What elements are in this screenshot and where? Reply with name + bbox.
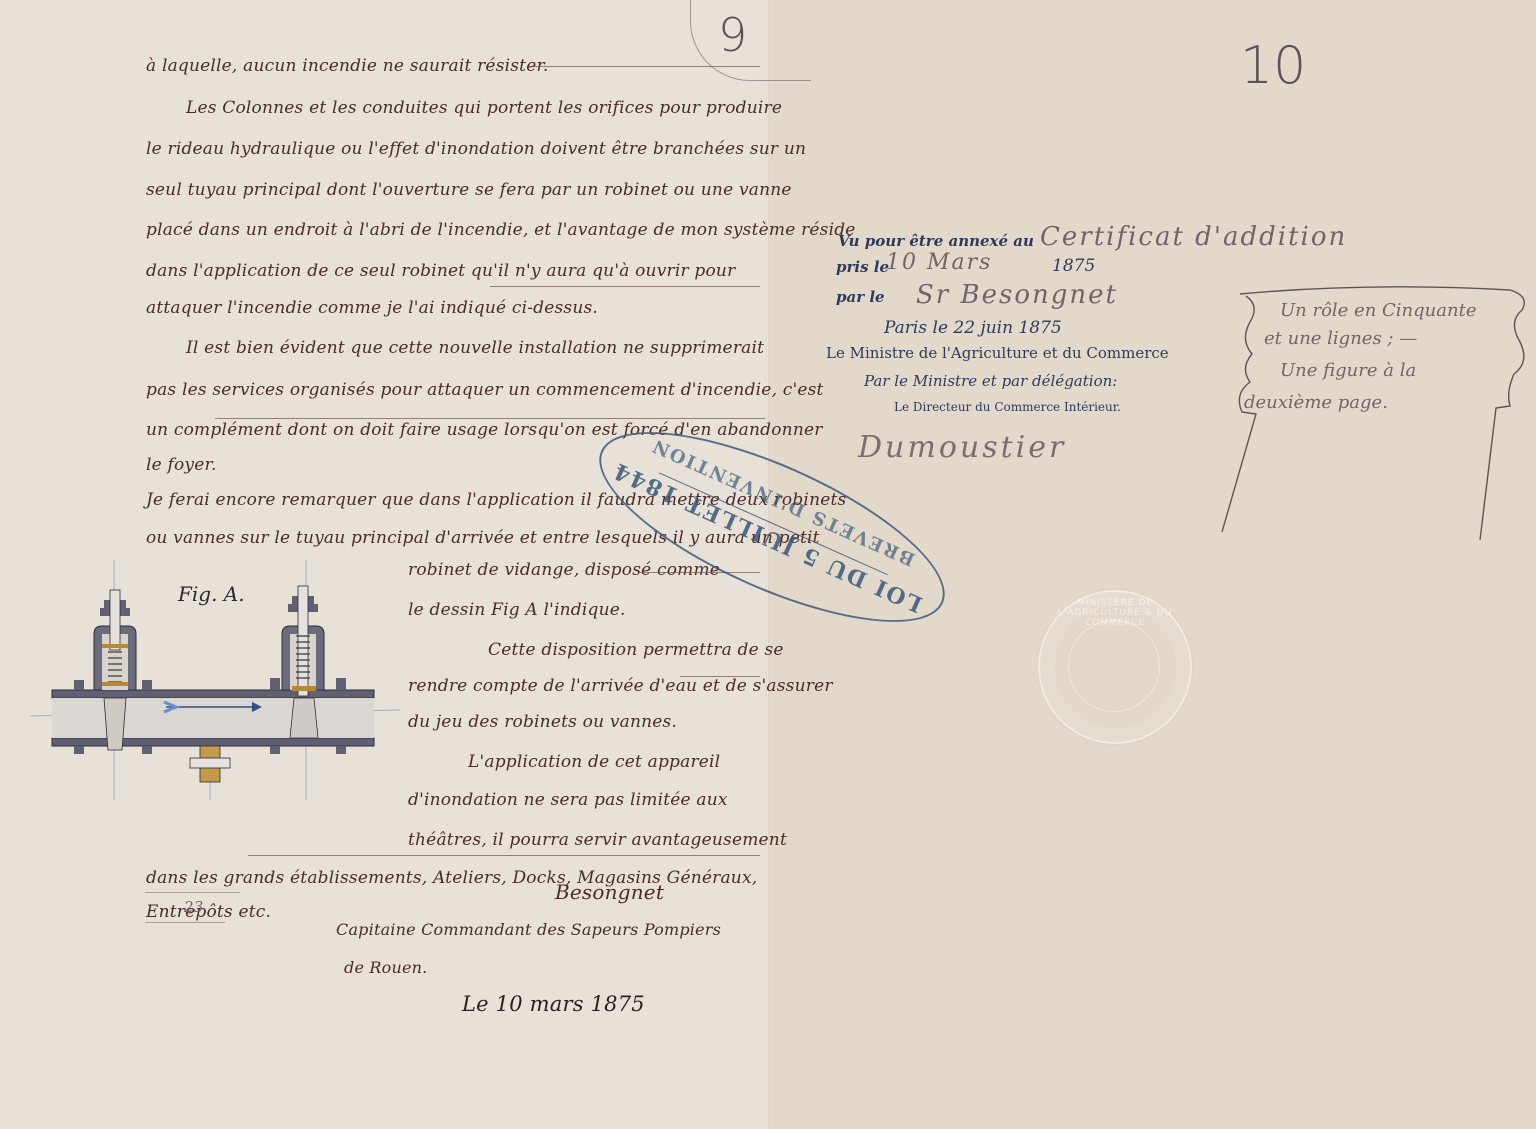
- figure-a: Fig. A.: [30, 560, 400, 800]
- seal-text: MINISTÈRE DE L'AGRICULTURE & DU COMMERCE: [1040, 598, 1190, 628]
- signature-title-2: de Rouen.: [344, 958, 427, 977]
- text-line: rendre compte de l'arrivée d'eau et de s…: [408, 676, 833, 696]
- margin-rule: [145, 892, 240, 893]
- text-line: Entrepôts etc.: [146, 902, 271, 922]
- cert-printed-1: Vu pour être annexé au: [838, 232, 1034, 250]
- cert-year: 1875: [1052, 256, 1095, 276]
- line-rule: [215, 418, 765, 419]
- page-number-left: 9: [718, 8, 747, 62]
- line-rule: [680, 676, 760, 677]
- cert-date-hand: 10 Mars: [886, 250, 992, 275]
- page-number-right: 10: [1240, 36, 1306, 96]
- text-line: robinet de vidange, disposé comme: [408, 560, 720, 580]
- valve-diagram-icon: [30, 560, 400, 800]
- text-line: placé dans un endroit à l'abri de l'ince…: [146, 220, 856, 240]
- cert-ministry: Le Ministre de l'Agriculture et du Comme…: [826, 344, 1169, 362]
- text-line: pas les services organisés pour attaquer…: [146, 380, 824, 400]
- line-rule: [530, 66, 760, 67]
- note-line: Une figure à la: [1280, 360, 1416, 381]
- text-line: d'inondation ne sera pas limitée aux: [408, 790, 728, 810]
- seal-inner-ring: [1068, 620, 1160, 712]
- cert-name-hand: Sr Besongnet: [916, 280, 1118, 310]
- embossed-seal: MINISTÈRE DE L'AGRICULTURE & DU COMMERCE: [1038, 590, 1192, 744]
- cert-place-date: Paris le 22 juin 1875: [884, 318, 1062, 338]
- text-line: le dessin Fig A l'indique.: [408, 600, 626, 620]
- text-line: à laquelle, aucun incendie ne saurait ré…: [146, 56, 549, 76]
- margin-note: 23: [184, 898, 204, 916]
- text-line: le foyer.: [146, 455, 217, 475]
- signature-title: Capitaine Commandant des Sapeurs Pompier…: [336, 920, 721, 939]
- note-line: deuxième page.: [1244, 392, 1388, 413]
- text-line: L'application de cet appareil: [468, 752, 720, 772]
- director-signature: Dumoustier: [858, 430, 1066, 465]
- margin-rule: [145, 922, 225, 923]
- text-line: seul tuyau principal dont l'ouverture se…: [146, 180, 792, 200]
- note-line: et une lignes ; —: [1264, 328, 1417, 349]
- text-line: dans l'application de ce seul robinet qu…: [146, 261, 735, 281]
- text-line: Cette disposition permettra de se: [488, 640, 784, 660]
- line-rule: [490, 286, 760, 287]
- cert-director: Le Directeur du Commerce Intérieur.: [894, 400, 1121, 414]
- cert-handwritten-1: Certificat d'addition: [1040, 222, 1347, 252]
- cert-printed-2: pris le: [836, 258, 889, 276]
- text-line: théâtres, il pourra servir avantageuseme…: [408, 830, 787, 850]
- cert-delegation: Par le Ministre et par délégation:: [864, 372, 1117, 390]
- line-rule: [248, 855, 760, 856]
- text-line: du jeu des robinets ou vannes.: [408, 712, 677, 732]
- signature-name: Besongnet: [555, 880, 664, 904]
- text-line: un complément dont on doit faire usage l…: [146, 420, 823, 440]
- text-line: le rideau hydraulique ou l'effet d'inond…: [146, 139, 806, 159]
- note-line: Un rôle en Cinquante: [1280, 300, 1476, 321]
- document-spread: 9 à laquelle, aucun incendie ne saurait …: [0, 0, 1536, 1129]
- text-line: Les Colonnes et les conduites qui porten…: [186, 98, 782, 118]
- cert-printed-3: par le: [836, 288, 885, 306]
- signature-date: Le 10 mars 1875: [462, 992, 645, 1016]
- text-line: dans les grands établissements, Ateliers…: [146, 868, 757, 888]
- text-line: attaquer l'incendie comme je l'ai indiqu…: [146, 298, 598, 318]
- text-line: Il est bien évident que cette nouvelle i…: [186, 338, 764, 358]
